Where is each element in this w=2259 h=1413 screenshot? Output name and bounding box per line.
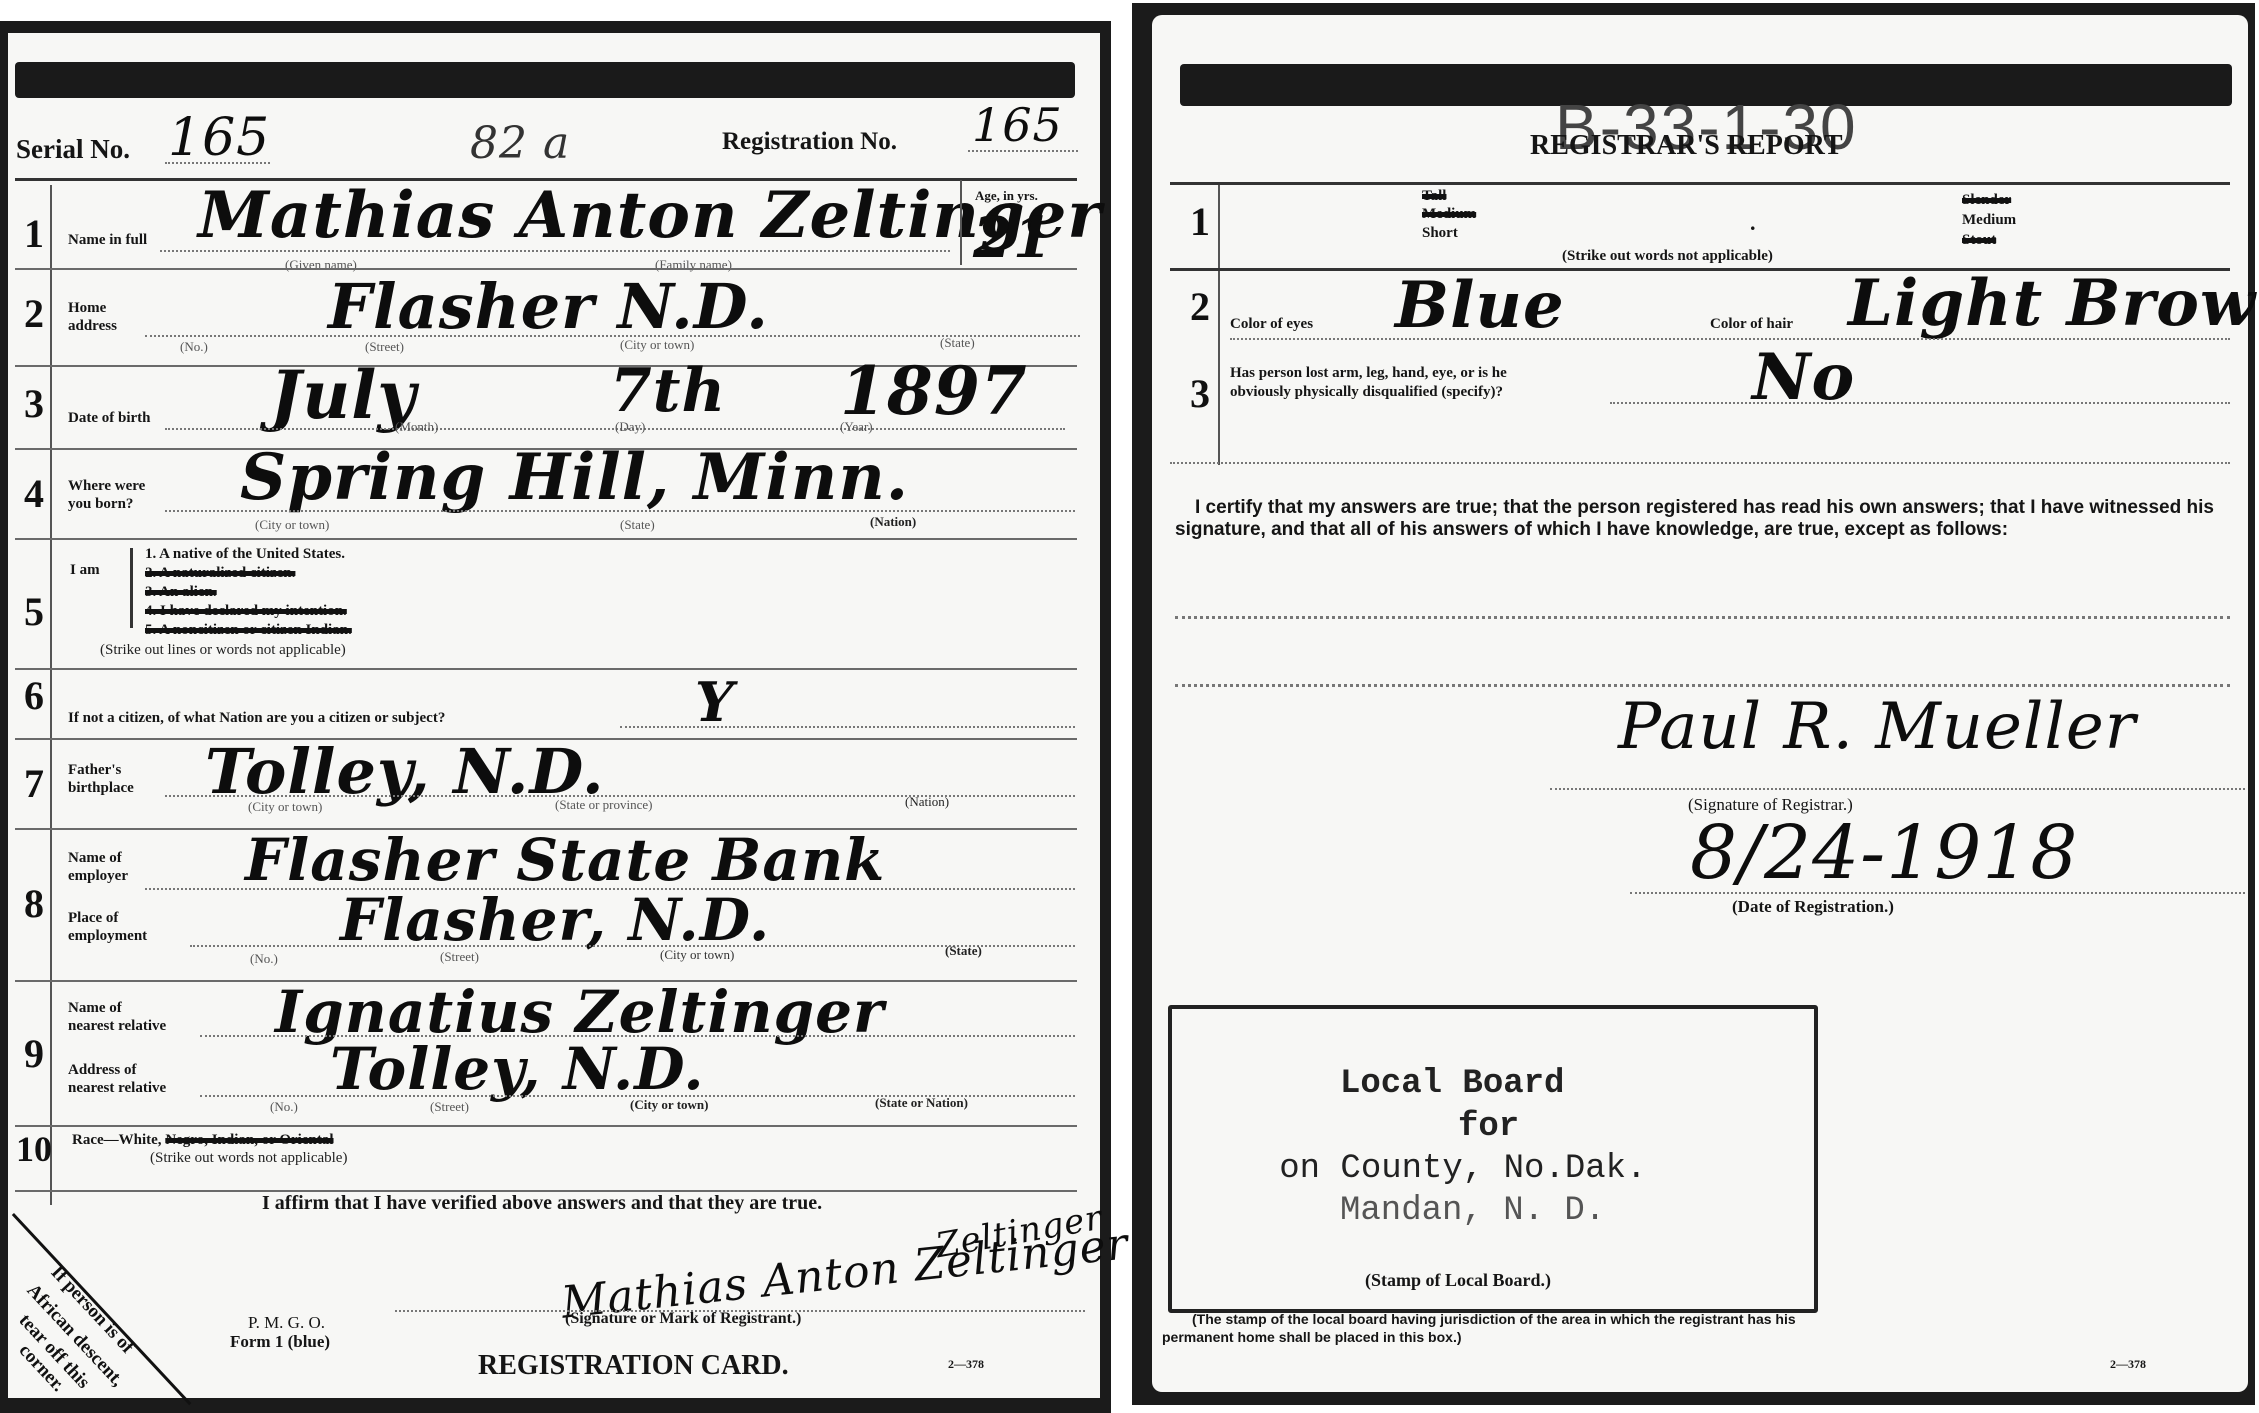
- birth-year-caption: (Year): [840, 420, 873, 434]
- birthplace-value: Spring Hill, Minn.: [240, 440, 909, 515]
- hair-color-label: Color of hair: [1710, 316, 1793, 332]
- form-id-line-2: Form 1 (blue): [230, 1332, 330, 1352]
- report-row-number-column: [1218, 185, 1220, 465]
- employer-value: Flasher State Bank: [245, 826, 885, 894]
- stamp-line-3: on County, No.Dak.: [1218, 1150, 1646, 1188]
- father-city-caption: (City or town): [248, 800, 322, 814]
- citizenship-option-5: 5. A noncitizen or citizen Indian.: [145, 622, 352, 638]
- stamp-caption: (Stamp of Local Board.): [1365, 1270, 1551, 1291]
- row-divider: [15, 538, 1077, 540]
- row-number-5: 5: [24, 588, 44, 635]
- registration-date-caption: (Date of Registration.): [1732, 897, 1894, 917]
- build-option-stout: Stout: [1962, 232, 1996, 248]
- relative-street-caption: (Street): [430, 1100, 469, 1114]
- birth-day: 7th: [610, 356, 726, 426]
- registration-label: Registration No.: [722, 128, 897, 156]
- citizenship-option-3: 3. An alien.: [145, 584, 217, 600]
- exception-line-1: [1175, 616, 2230, 619]
- citizenship-option-1: 1. A native of the United States.: [145, 546, 345, 562]
- registration-date: 8/24-1918: [1690, 810, 2079, 896]
- card-top-bar: [15, 62, 1075, 98]
- employment-no-caption: (No.): [250, 952, 278, 966]
- row-number-3: 3: [24, 380, 44, 427]
- birthplace-line: [165, 510, 1075, 512]
- row1-center-dot: .: [1750, 210, 1756, 236]
- registrar-signature-line: [1550, 788, 2245, 790]
- home-address-label-2: address: [68, 318, 117, 334]
- father-nation-caption: (Nation): [905, 795, 949, 809]
- right-form-code: 2—378: [2110, 1357, 2146, 1372]
- row-number-4: 4: [24, 470, 44, 517]
- disqualified-label-2: obviously physically disqualified (speci…: [1230, 384, 1503, 400]
- birthplace-state-caption: (State): [620, 518, 655, 532]
- employment-state-caption: (State): [945, 944, 982, 958]
- father-birthplace-label-2: birthplace: [68, 780, 134, 796]
- citizenship-option-4: 4. I have declared my intention.: [145, 603, 347, 619]
- registration-value: 165: [972, 98, 1063, 152]
- race-white: Race—White,: [72, 1132, 165, 1148]
- row-number-9: 9: [24, 1030, 44, 1077]
- stamp-instruction: (The stamp of the local board having jur…: [1162, 1310, 1814, 1346]
- stamp-line-4: Mandan, N. D.: [1340, 1192, 1605, 1230]
- birth-month-caption: (Month): [395, 420, 438, 434]
- row2-line: [1230, 338, 2230, 340]
- race-note: (Strike out words not applicable): [150, 1150, 347, 1166]
- relative-state-caption: (State or Nation): [875, 1096, 968, 1110]
- report-row-number-1: 1: [1190, 198, 1210, 245]
- row-number-7: 7: [24, 760, 44, 807]
- report-row-number-2: 2: [1190, 283, 1210, 330]
- date-of-birth-label: Date of birth: [68, 410, 151, 426]
- name-line: [160, 250, 950, 252]
- row-number-2: 2: [24, 290, 44, 337]
- row-divider: [15, 668, 1077, 670]
- birthplace-label-2: you born?: [68, 496, 133, 512]
- home-city-caption: (City or town): [620, 338, 694, 352]
- row3-line: [1610, 402, 2230, 404]
- eye-color-value: Blue: [1395, 268, 1565, 343]
- form-id-line-1: P. M. G. O.: [248, 1313, 325, 1333]
- home-no-caption: (No.): [180, 340, 208, 354]
- home-street-caption: (Street): [365, 340, 404, 354]
- row-number-column: [50, 185, 52, 1205]
- home-state-caption: (State): [940, 336, 975, 350]
- citizenship-bracket: [130, 548, 133, 628]
- nationality-line: [620, 726, 1075, 728]
- affirmation-text: I affirm that I have verified above answ…: [262, 1192, 822, 1215]
- citizenship-option-2: 2. A naturalized citizen.: [145, 565, 295, 581]
- hair-color-value: Light Brown: [1848, 266, 2259, 341]
- row-number-6: 6: [24, 672, 44, 719]
- row-number-10: 10: [16, 1128, 52, 1170]
- birthplace-city-caption: (City or town): [255, 518, 329, 532]
- employment-city-caption: (City or town): [660, 948, 734, 962]
- left-form-code: 2—378: [948, 1357, 984, 1372]
- relative-city-caption: (City or town): [630, 1098, 708, 1112]
- relative-no-caption: (No.): [270, 1100, 298, 1114]
- name-value: Mathias Anton Zeltinger: [198, 178, 1102, 253]
- build-option-slender: Slender: [1962, 192, 2011, 208]
- birthplace-nation-caption: (Nation): [870, 515, 916, 529]
- age-column-divider: [960, 180, 962, 265]
- employer-label-2: employer: [68, 868, 128, 884]
- card-title: REGISTRATION CARD.: [478, 1350, 789, 1382]
- certification-text: I certify that my answers are true; that…: [1175, 497, 2235, 541]
- serial-value: 165: [168, 108, 270, 168]
- disqualified-label-1: Has person lost arm, leg, hand, eye, or …: [1230, 365, 1507, 381]
- stamp-line-2: for: [1458, 1108, 1519, 1146]
- row-divider: [15, 1125, 1077, 1127]
- registration-date-line: [1630, 892, 2245, 894]
- race-label: Race—White, Negro, Indian, or Oriental: [72, 1132, 334, 1148]
- nationality-label: If not a citizen, of what Nation are you…: [68, 710, 445, 726]
- relative-address-value: Tolley, N.D.: [330, 1035, 705, 1103]
- birthplace-label-1: Where were: [68, 478, 145, 494]
- row-number-1: 1: [24, 210, 44, 257]
- citizenship-note: (Strike out lines or words not applicabl…: [100, 642, 346, 658]
- name-label: Name in full: [68, 232, 147, 248]
- age-value: 21: [973, 205, 1053, 271]
- height-build-note: (Strike out words not applicable): [1562, 248, 1773, 264]
- row-divider: [1170, 182, 2230, 185]
- order-number: 82 a: [470, 118, 570, 169]
- place-of-employment-label-2: employment: [68, 928, 147, 944]
- age-label: Age, in yrs.: [975, 188, 1038, 204]
- father-birthplace-value: Tolley, N.D.: [205, 735, 605, 808]
- birth-day-caption: (Day): [615, 420, 645, 434]
- height-option-medium: Medium: [1422, 206, 1476, 222]
- place-of-employment-line: [190, 945, 1075, 947]
- father-birthplace-label-1: Father's: [68, 762, 121, 778]
- stamp-line-1: Local Board: [1340, 1065, 1564, 1103]
- report-title: REGISTRAR'S REPORT: [1530, 130, 1843, 162]
- build-option-medium: Medium: [1962, 212, 2016, 228]
- nationality-mark: Y: [695, 670, 735, 734]
- row-number-8: 8: [24, 880, 44, 927]
- home-address-value: Flasher N.D.: [328, 270, 769, 343]
- nearest-relative-label-1: Name of: [68, 1000, 122, 1016]
- citizenship-label: I am: [70, 562, 100, 578]
- employment-street-caption: (Street): [440, 950, 479, 964]
- race-struck-options: Negro, Indian, or Oriental: [165, 1132, 333, 1148]
- report-row-number-3: 3: [1190, 370, 1210, 417]
- signature-caption: (Signature or Mark of Registrant.): [565, 1310, 801, 1328]
- eye-color-label: Color of eyes: [1230, 316, 1313, 332]
- registrar-signature: Paul R. Mueller: [1618, 690, 2136, 764]
- serial-label: Serial No.: [16, 134, 130, 165]
- place-of-employment-value: Flasher, N.D.: [340, 886, 770, 954]
- employer-label-1: Name of: [68, 850, 122, 866]
- height-option-short: Short: [1422, 225, 1458, 241]
- father-state-caption: (State or province): [555, 798, 652, 812]
- height-option-tall: Tall: [1422, 188, 1446, 204]
- exception-line-2: [1175, 684, 2230, 687]
- row-divider: [1170, 462, 2230, 464]
- home-address-label-1: Home: [68, 300, 106, 316]
- relative-address-label-1: Address of: [68, 1062, 136, 1078]
- relative-address-label-2: nearest relative: [68, 1080, 166, 1096]
- place-of-employment-label-1: Place of: [68, 910, 118, 926]
- nearest-relative-label-2: nearest relative: [68, 1018, 166, 1034]
